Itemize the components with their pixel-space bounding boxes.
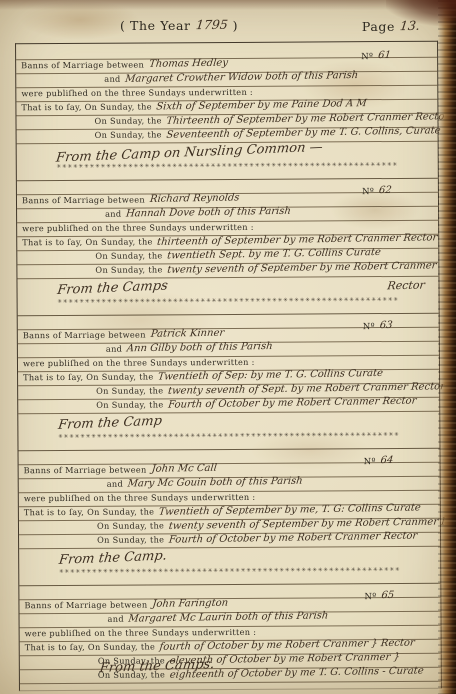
sunday3-label: On Sunday, the [95, 264, 162, 274]
banns-record-65: Nº 65 Banns of Marriage between John Far… [19, 583, 441, 685]
record-number-label: Nº [365, 592, 377, 602]
sunday1-entry: Sixth of September by me Paine Dod A M [156, 98, 368, 112]
sunday1-label: That is to ſay, On Sunday, the [25, 641, 155, 652]
banns-record-63: Nº 63 Banns of Marriage between Patrick … [18, 313, 440, 443]
camp-note: From the Camps. [99, 657, 216, 676]
sunday1-label: That is to ſay, On Sunday, the [24, 506, 154, 517]
and-label: and [107, 479, 123, 489]
groom-name: Patrick Kinner [150, 328, 225, 340]
record-number-value: 64 [380, 455, 394, 466]
year-value: 1795 [195, 17, 229, 32]
bride-name: Ann Gilby both of this Parish [127, 341, 274, 354]
groom-name: John Mc Call [151, 463, 217, 475]
bride-name: Mary Mc Gouin both of this Parish [127, 476, 303, 490]
groom-name: John Farington [152, 598, 229, 610]
banns-label: Banns of Marriage between [24, 599, 147, 610]
year-suffix: ) [233, 18, 238, 33]
published-label: were publiſhed on the three Sundays unde… [22, 222, 254, 233]
published-label: were publiſhed on the three Sundays unde… [23, 357, 255, 368]
record-number-value: 62 [379, 185, 393, 196]
sunday3-line: On Sunday, the eighteenth of October by … [20, 668, 441, 685]
camp-note: From the Camp. [58, 549, 168, 568]
sunday2-entry: twentieth Sept. by me T. G. Collins Cura… [167, 247, 382, 262]
published-label: were publiſhed on the three Sundays unde… [21, 87, 253, 98]
camp-note-row: From the Camps Rector [17, 277, 438, 299]
record-number-value: 65 [381, 590, 395, 601]
bride-name: Margaret Mc Laurin both of this Parish [128, 610, 329, 624]
bride-name: Hannah Dove both of this Parish [126, 206, 292, 220]
book-corner-shadow [386, 0, 456, 26]
banns-label: Banns of Marriage between [21, 60, 144, 71]
and-label: and [106, 344, 122, 354]
banns-record-61: Nº 61 Banns of Marriage between Thomas H… [16, 44, 438, 173]
ornament-separator: ✳✳✳✳✳✳✳✳✳✳✳✳✳✳✳✳✳✳✳✳✳✳✳✳✳✳✳✳✳✳✳✳✳✳✳✳✳✳✳✳… [18, 296, 439, 308]
sunday1-label: That is to ſay, On Sunday, the [23, 371, 153, 382]
published-label: were publiſhed on the three Sundays unde… [24, 492, 256, 503]
camp-note-row: From the Camp [18, 412, 439, 434]
groom-name: Richard Reynolds [149, 192, 240, 204]
ornament-separator: ✳✳✳✳✳✳✳✳✳✳✳✳✳✳✳✳✳✳✳✳✳✳✳✳✳✳✳✳✳✳✳✳✳✳✳✳✳✳✳✳… [19, 566, 440, 578]
camp-note: From the Camp [57, 414, 163, 433]
record-number-row: Nº 64 [19, 449, 440, 466]
and-label: and [108, 614, 124, 624]
record-number-value: 61 [378, 50, 392, 61]
sunday2-label: On Sunday, the [95, 250, 162, 260]
sunday1-label: That is to ſay, On Sunday, the [22, 236, 152, 247]
sunday1-entry: Twentieth of Sep: by me T. G. Collins Cu… [158, 368, 384, 383]
sunday3-label: On Sunday, the [95, 129, 162, 139]
record-number-label: Nº [364, 457, 376, 467]
ornament-separator: ✳✳✳✳✳✳✳✳✳✳✳✳✳✳✳✳✳✳✳✳✳✳✳✳✳✳✳✳✳✳✳✳✳✳✳✳✳✳✳✳… [18, 431, 439, 443]
sunday1-label: That is to ſay, On Sunday, the [21, 101, 151, 112]
banns-label: Banns of Marriage between [24, 465, 147, 476]
bottom-camp-note: From the Camps. [100, 655, 214, 674]
register-page: ( The Year 1795 ) Page 13. Nº 61 Banns o… [0, 0, 456, 694]
book-binding-edge [438, 0, 456, 694]
record-number-row: Nº 63 [18, 314, 439, 331]
camp-note-right: Rector [386, 278, 425, 292]
record-number-value: 63 [379, 320, 393, 331]
banns-record-64: Nº 64 Banns of Marriage between John Mc … [19, 448, 441, 578]
camp-note: From the Camps [56, 278, 168, 298]
page-header: ( The Year 1795 ) Page 13. [0, 15, 438, 37]
banns-form-box: Nº 61 Banns of Marriage between Thomas H… [15, 41, 442, 692]
record-number-label: Nº [363, 322, 375, 332]
sunday2-label: On Sunday, the [96, 385, 163, 395]
and-label: and [105, 209, 121, 219]
camp-note-row: From the Camp. [19, 547, 440, 569]
banns-label: Banns of Marriage between [23, 330, 146, 341]
year-prefix: ( The Year [120, 18, 191, 33]
record-number-label: Nº [361, 52, 373, 62]
and-label: and [104, 74, 120, 84]
record-number-label: Nº [362, 187, 374, 197]
sunday2-label: On Sunday, the [97, 520, 164, 530]
record-number-row: Nº 65 [19, 584, 440, 601]
camp-note-row: From the Camp on Nursling Common — [17, 142, 438, 164]
sunday3-label: On Sunday, the [96, 399, 163, 409]
sunday3-label: On Sunday, the [97, 534, 164, 544]
banns-label: Banns of Marriage between [22, 195, 145, 206]
sunday2-label: On Sunday, the [94, 115, 161, 125]
groom-name: Thomas Hedley [148, 58, 228, 70]
banns-record-62: Nº 62 Banns of Marriage between Richard … [17, 178, 439, 308]
year-heading: ( The Year 1795 ) [120, 15, 238, 34]
published-label: were publiſhed on the three Sundays unde… [25, 627, 257, 638]
